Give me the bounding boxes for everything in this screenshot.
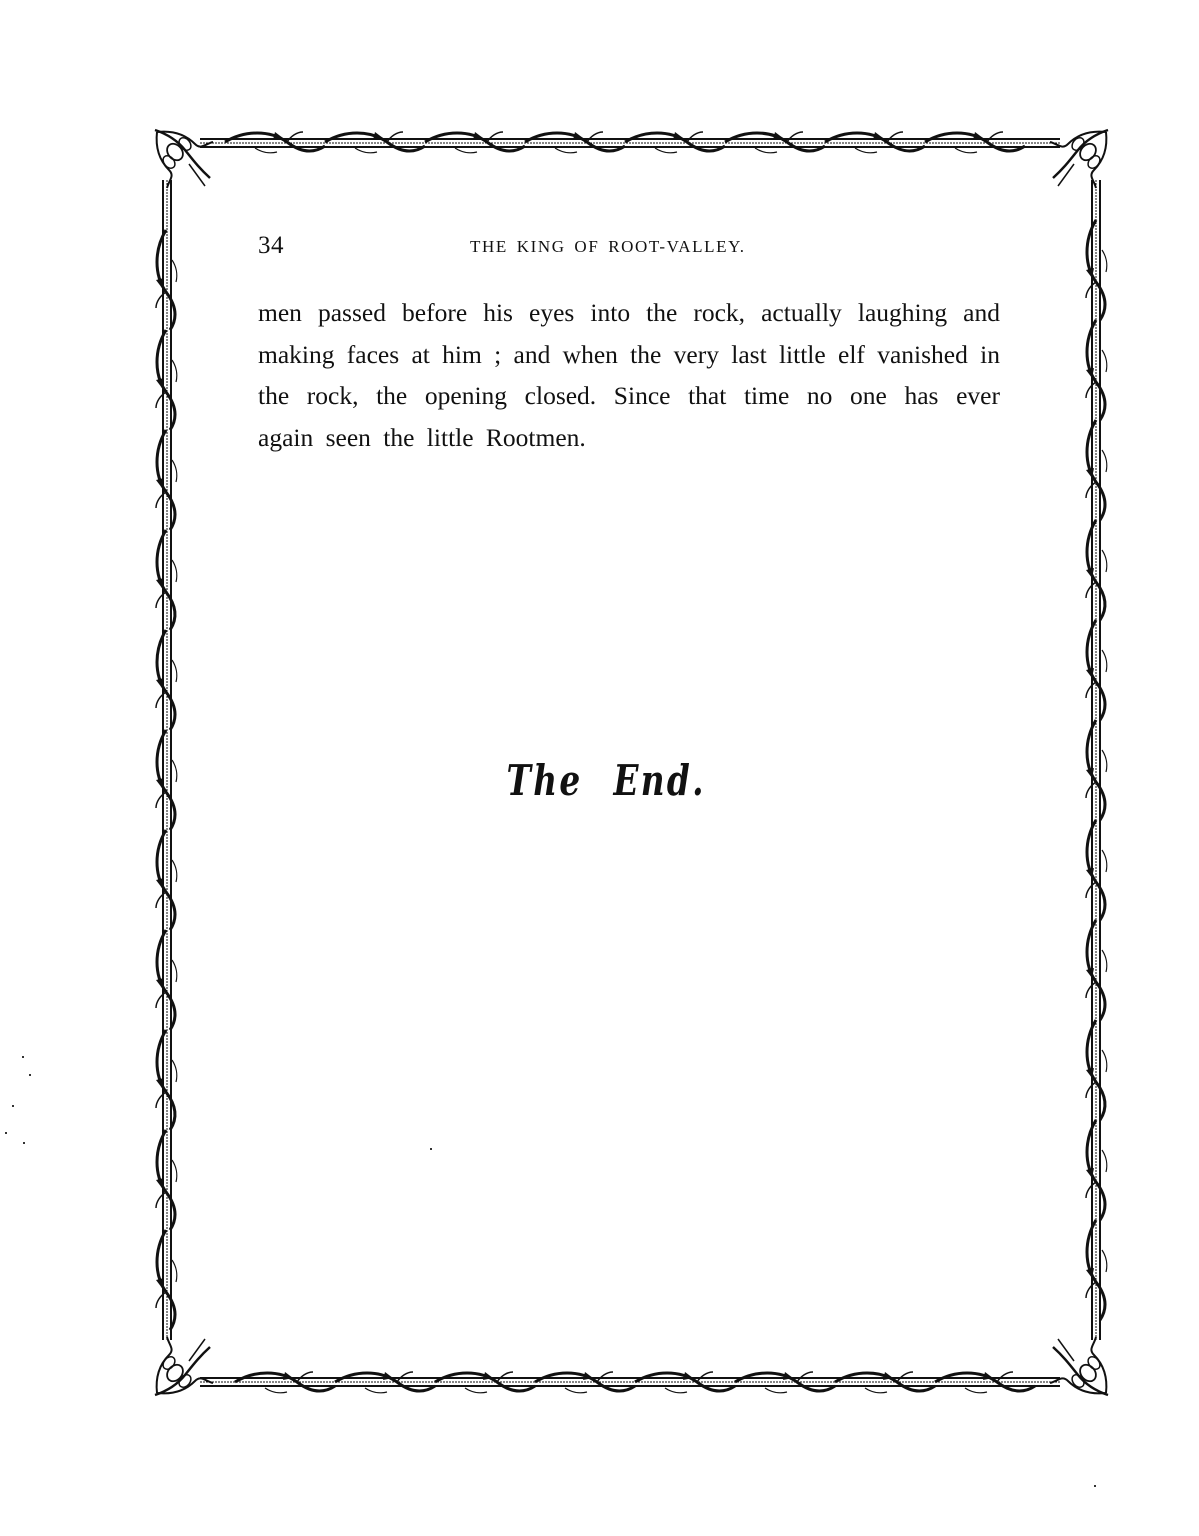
running-title: THE KING OF ROOT-VALLEY. [470, 237, 746, 257]
body-paragraph: men passed before his eyes into the rock… [258, 292, 1000, 458]
text-line: making faces at him ; and when the very … [258, 334, 1000, 376]
scan-speck [23, 1142, 25, 1144]
running-head: 34 THE KING OF ROOT-VALLEY. [258, 232, 998, 264]
scan-speck [430, 1148, 432, 1150]
page-number: 34 [258, 232, 284, 260]
text-line: men passed before his eyes into the rock… [258, 292, 1000, 334]
the-end-heading: The End. [139, 756, 1074, 805]
text-line: the rock, the opening closed. Since that… [258, 375, 1000, 417]
text-line: again seen the little Rootmen. [258, 417, 1000, 459]
book-page: 34 THE KING OF ROOT-VALLEY. men passed b… [0, 0, 1199, 1536]
scan-speck [29, 1074, 31, 1076]
scan-speck [5, 1132, 7, 1134]
scan-speck [1094, 1485, 1096, 1487]
scan-speck [12, 1105, 14, 1107]
scan-speck [22, 1056, 24, 1058]
